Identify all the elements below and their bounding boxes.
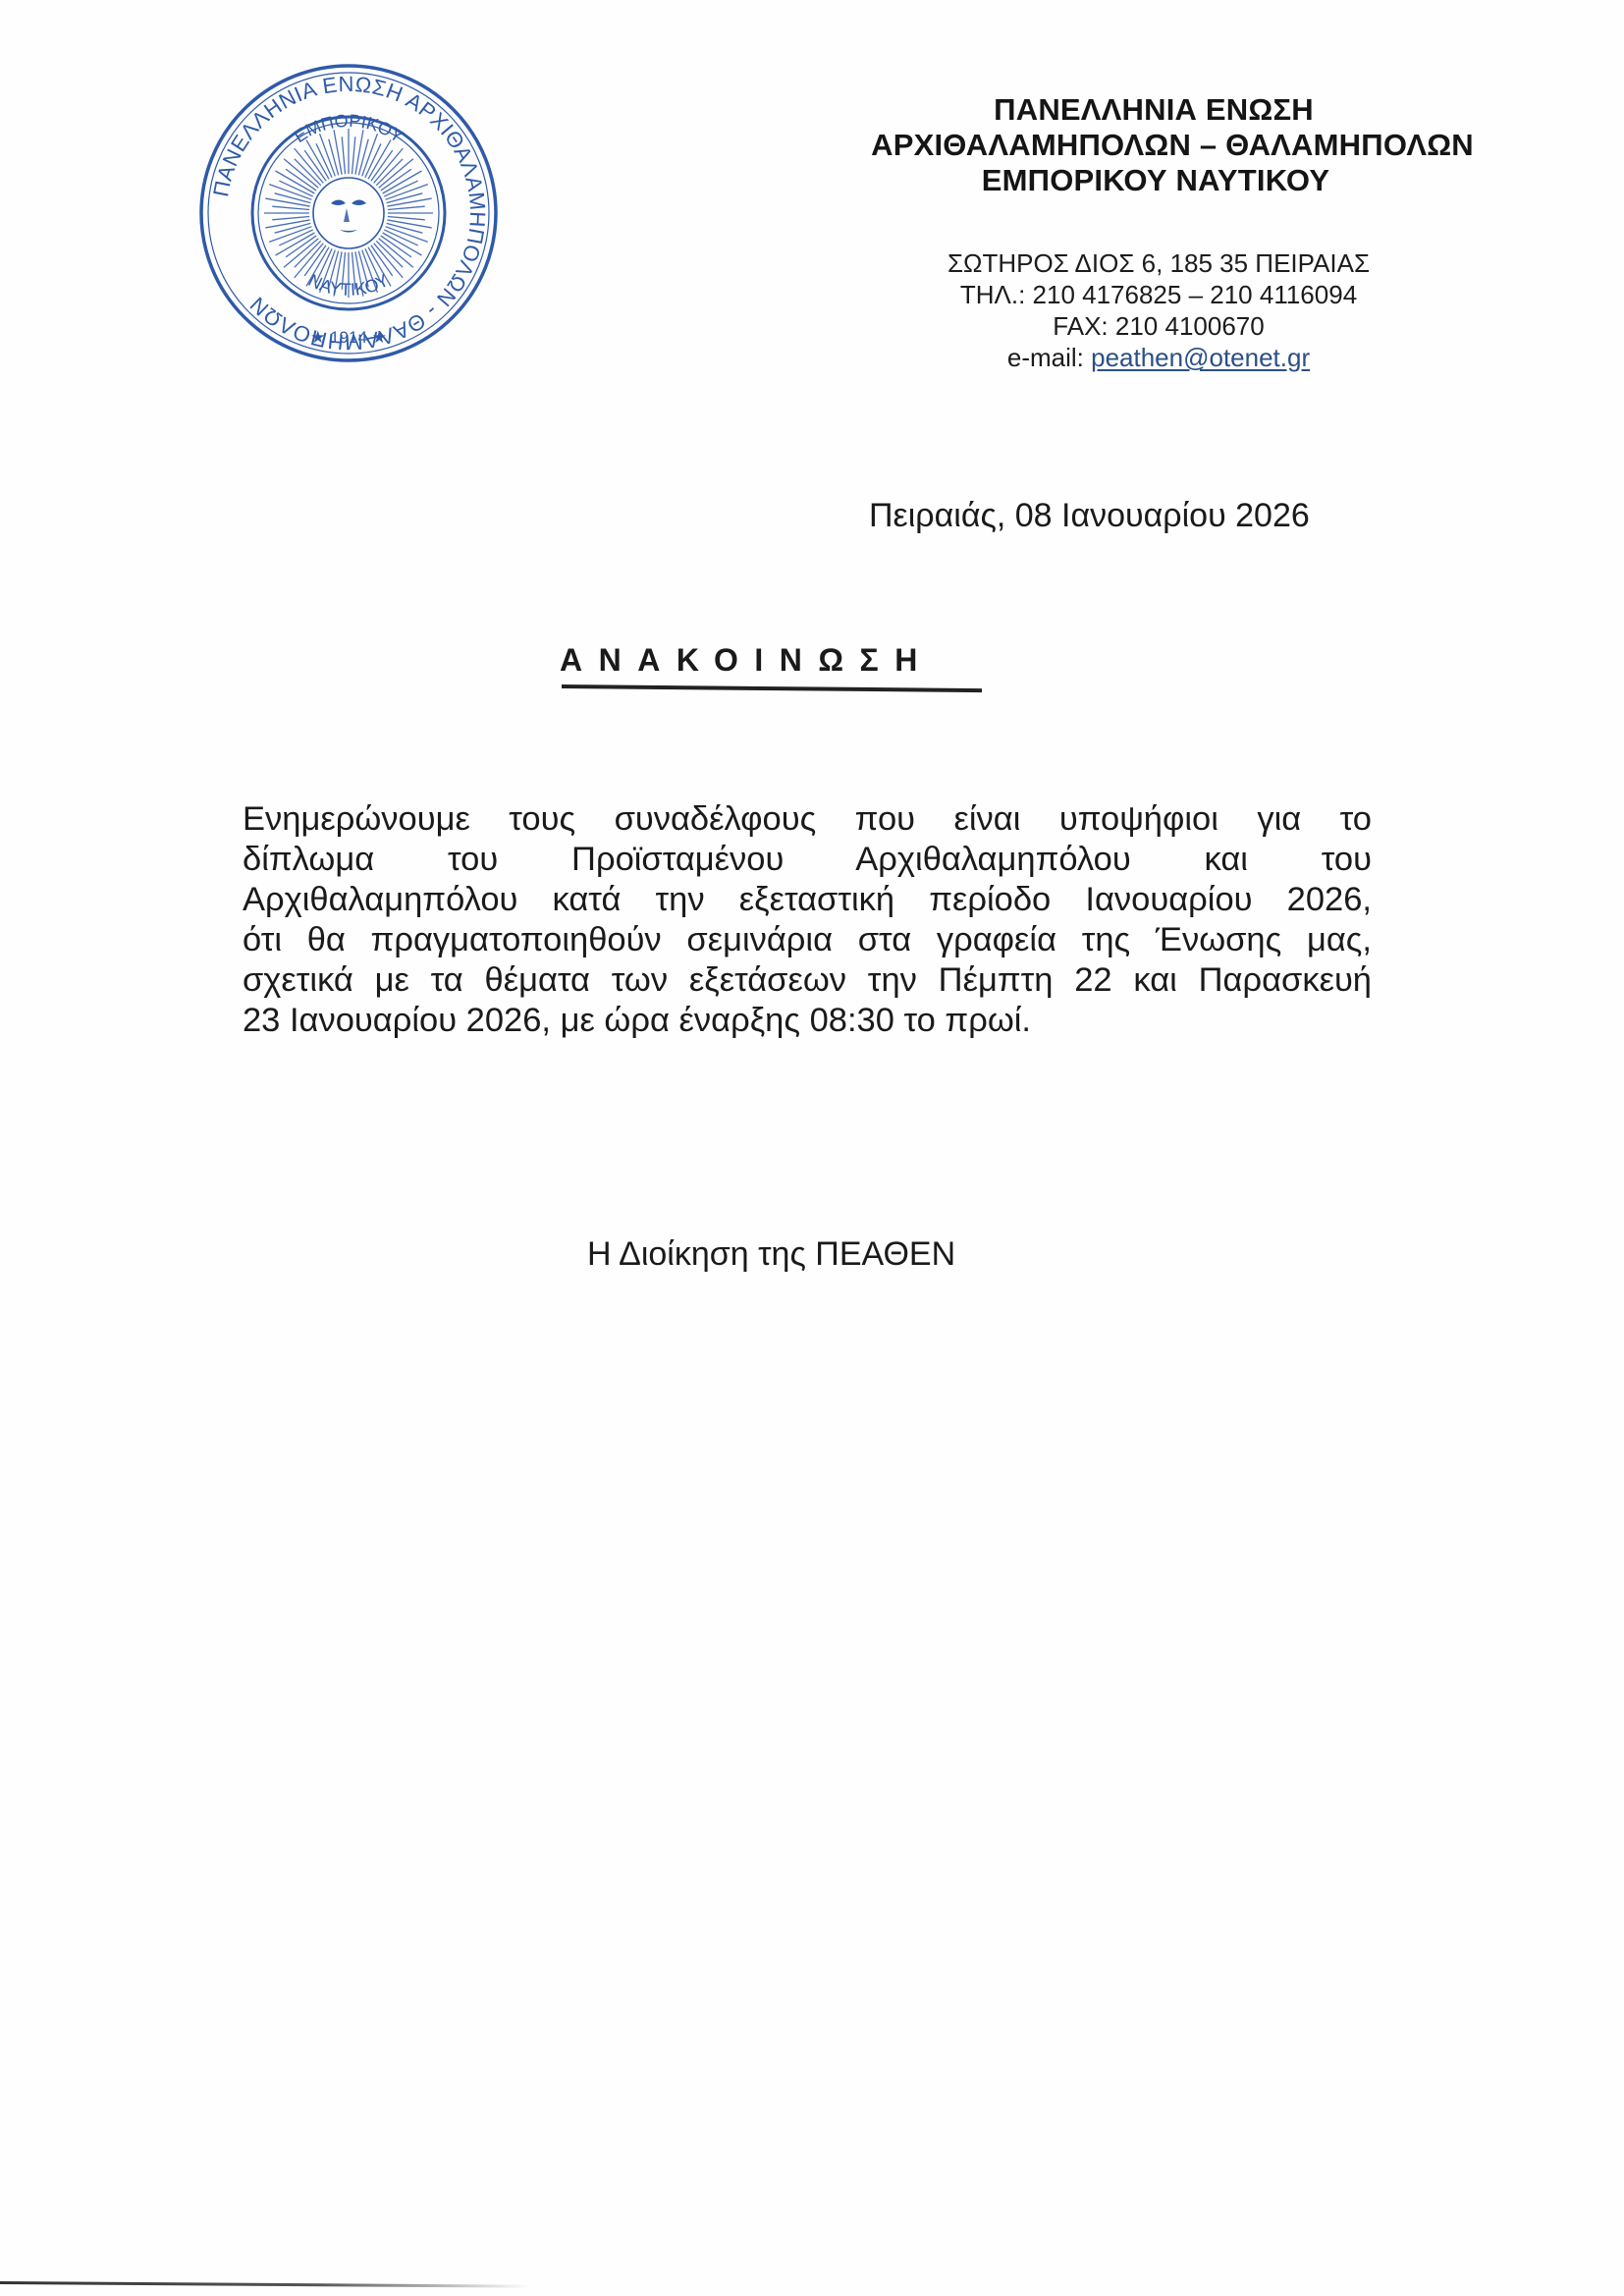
org-line-2: ΑΡΧΙΘΑΛΑΜΗΠΟΛΩΝ – ΘΑΛΑΜΗΠΟΛΩΝ	[833, 128, 1512, 163]
document-title: ΑΝΑΚΟΙΝΩΣΗ	[560, 642, 934, 679]
body-line: Ενημερώνουμε τους συναδέλφους που είναι …	[243, 799, 1372, 840]
svg-text:★ 1914 ★: ★ 1914 ★	[310, 328, 387, 347]
fax: FAX: 210 4100670	[884, 310, 1434, 342]
address: ΣΩΤΗΡΟΣ ΔΙΟΣ 6, 185 35 ΠΕΙΡΑΙΑΣ	[884, 247, 1434, 279]
org-line-1: ΠΑΝΕΛΛΗΝΙΑ ΕΝΩΣΗ	[795, 92, 1512, 128]
svg-text:ΠΑΝΕΛΛΗΝΙΑ ΕΝΩΣΗ ΑΡΧΙΘΑΛΑΜΗΠΟΛ: ΠΑΝΕΛΛΗΝΙΑ ΕΝΩΣΗ ΑΡΧΙΘΑΛΑΜΗΠΟΛΩΝ - ΘΑΛΑΜ…	[208, 72, 490, 355]
body-line: ότι θα πραγματοποιηθούν σεμινάρια στα γρ…	[243, 920, 1372, 960]
org-line-3: ΕΜΠΟΡΙΚΟΥ ΝΑΥΤΙΚΟΥ	[799, 163, 1512, 198]
document-page: ΠΑΝΕΛΛΗΝΙΑ ΕΝΩΣΗ ΑΡΧΙΘΑΛΑΜΗΠΟΛΩΝ - ΘΑΛΑΜ…	[0, 0, 1624, 2296]
body-line: Αρχιθαλαμηπόλου κατά την εξεταστική περί…	[243, 880, 1372, 920]
scan-edge-line	[0, 2281, 530, 2288]
signature: Η Διοίκηση της ΠΕΑΘΕΝ	[587, 1235, 955, 1274]
announcement-body: Ενημερώνουμε τους συναδέλφους που είναι …	[243, 799, 1372, 1041]
email-link[interactable]: peathen@otenet.gr	[1091, 343, 1310, 372]
phone: ΤΗΛ.: 210 4176825 – 210 4116094	[884, 279, 1434, 310]
date-line: Πειραιάς, 08 Ιανουαρίου 2026	[869, 497, 1310, 535]
body-line: δίπλωμα του Προϊσταμένου Αρχιθαλαμηπόλου…	[243, 840, 1372, 880]
contact-block: ΣΩΤΗΡΟΣ ΔΙΟΣ 6, 185 35 ΠΕΙΡΑΙΑΣ ΤΗΛ.: 21…	[884, 247, 1434, 373]
email-label: e-mail:	[1007, 343, 1091, 372]
title-underline	[562, 684, 982, 692]
union-seal-icon: ΠΑΝΕΛΛΗΝΙΑ ΕΝΩΣΗ ΑΡΧΙΘΑΛΑΜΗΠΟΛΩΝ - ΘΑΛΑΜ…	[196, 61, 501, 365]
body-line: σχετικά με τα θέματα των εξετάσεων την Π…	[243, 960, 1372, 1001]
email-row: e-mail: peathen@otenet.gr	[884, 342, 1434, 373]
body-line: 23 Ιανουαρίου 2026, με ώρα έναρξης 08:30…	[243, 1001, 1372, 1041]
organization-name: ΠΑΝΕΛΛΗΝΙΑ ΕΝΩΣΗ ΑΡΧΙΘΑΛΑΜΗΠΟΛΩΝ – ΘΑΛΑΜ…	[805, 92, 1512, 198]
